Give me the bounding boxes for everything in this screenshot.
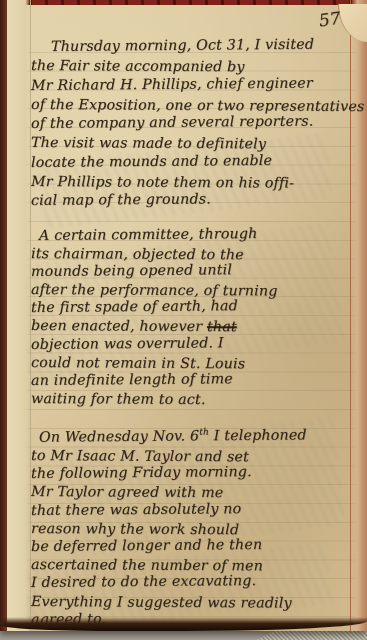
handwriting-line: locate the mounds and to enable (31, 151, 363, 173)
handwriting-line: an indefinite length of time (31, 369, 363, 390)
line-text: I telephoned (209, 427, 307, 444)
handwriting-line: Thursday morning, Oct 31, I visited (51, 35, 363, 57)
paragraph-committee: A certain committee, through its chairma… (31, 227, 363, 408)
page-number: 57 (318, 9, 342, 32)
handwriting-line: cial map of the grounds. (31, 189, 363, 211)
handwriting-line: that there was absolutely no (31, 499, 363, 520)
handwriting-line: On Wednesday Nov. 6th I telephoned (39, 422, 363, 447)
ordinal-suffix: th (199, 428, 209, 438)
paragraph-telephone: On Wednesday Nov. 6th I telephoned to Mr… (31, 425, 363, 629)
journal-page: 57 Thursday morning, Oct 31, I visited t… (0, 0, 367, 631)
journal-photo: 57 Thursday morning, Oct 31, I visited t… (0, 0, 367, 640)
line-text: On Wednesday Nov. 6 (39, 428, 199, 445)
handwriting-line: the first spade of earth, had (31, 296, 363, 317)
handwriting-line: waiting for them to act. (31, 390, 363, 410)
handwriting-line: I desired to do the excavating. (31, 571, 363, 592)
handwriting-line: objection was overruled. I (31, 333, 363, 354)
page-gutter (7, 0, 31, 631)
handwriting-line: the following Friday morning. (31, 462, 363, 483)
binding-edge (0, 0, 7, 631)
handwriting-line: of the company and several reporters. (31, 112, 363, 134)
page-top-edge (0, 0, 367, 5)
paragraph-visit: Thursday morning, Oct 31, I visited the … (31, 38, 363, 212)
handwriting-line: A certain committee, through (39, 224, 363, 245)
line-text: been enacted, however (31, 318, 207, 335)
handwriting-line: Mr Richard H. Phillips, chief engineer (31, 74, 363, 96)
handwriting-line: mounds being opened until (31, 260, 363, 281)
handwriting-line: be deferred longer and he then (31, 535, 363, 556)
